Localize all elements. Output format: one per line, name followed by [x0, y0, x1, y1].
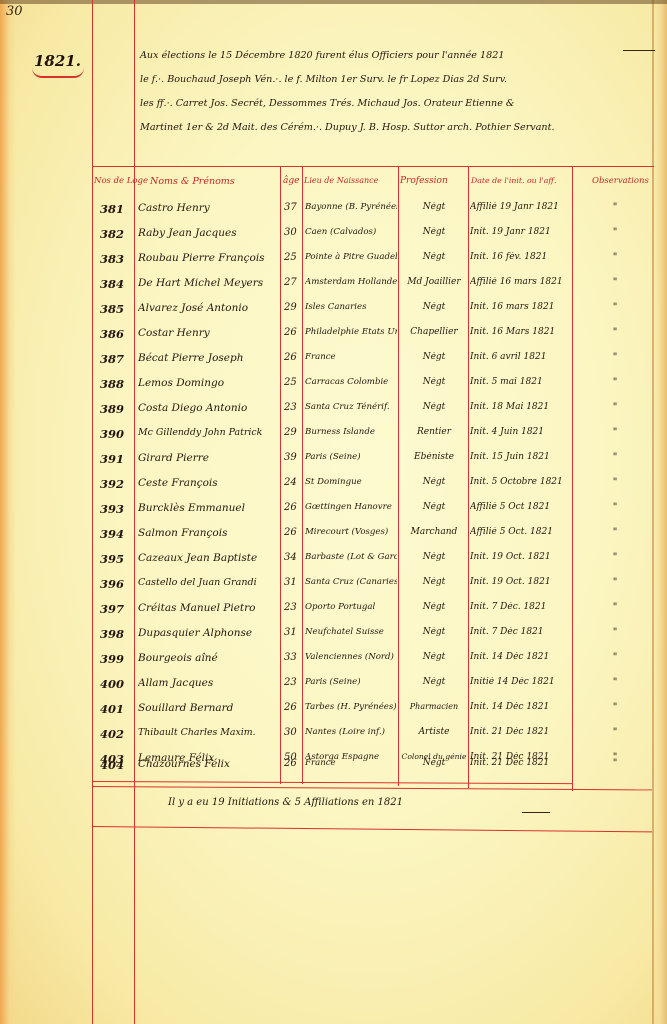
member-age: 27 — [284, 277, 302, 288]
initiation-date: Init. 18 Mai 1821 — [470, 402, 570, 412]
profession: Chapellier — [400, 327, 468, 337]
observation: " — [575, 327, 655, 338]
member-age: 25 — [284, 377, 302, 388]
profession: Artiste — [400, 727, 468, 737]
summary-top-rule — [92, 786, 652, 790]
table-row: 388 Lemos Domingo 25 Carracas Colombie N… — [0, 377, 667, 403]
member-age: 23 — [284, 602, 302, 613]
profession: Négt — [400, 652, 468, 662]
initiation-date: Init. 16 Mars 1821 — [470, 327, 570, 337]
header-date: Date de l'init. ou l'aff. — [471, 176, 556, 185]
table-row: 390 Mc Gillenddy John Patrick 29 Burness… — [0, 427, 667, 453]
table-row: 382 Raby Jean Jacques 30 Caen (Calvados)… — [0, 227, 667, 253]
lodge-number: 392 — [100, 477, 134, 491]
observation: " — [575, 452, 655, 463]
observation: " — [575, 377, 655, 388]
initiation-date: Init. 14 Déc 1821 — [470, 702, 570, 712]
profession: Négt — [400, 252, 468, 262]
lodge-number: 388 — [100, 377, 134, 391]
observation: " — [575, 727, 655, 738]
lodge-number: 386 — [100, 327, 134, 341]
page-top-edge — [0, 0, 667, 4]
member-name: Castello del Juan Grandi — [138, 577, 280, 588]
initiation-date: Init. 19 Oct. 1821 — [470, 577, 570, 587]
observation: " — [575, 677, 655, 688]
observation: " — [575, 402, 655, 413]
member-age: 26 — [284, 702, 302, 713]
profession: Négt — [400, 552, 468, 562]
lodge-number: 385 — [100, 302, 134, 316]
initiation-date: Init. 16 mars 1821 — [470, 302, 570, 312]
election-note: Aux élections le 15 Décembre 1820 furent… — [140, 44, 660, 140]
ledger-page: 30 1821. Aux élections le 15 Décembre 18… — [0, 0, 667, 1024]
birthplace: Santa Cruz (Canaries) — [305, 577, 397, 587]
member-name: Burcklès Emmanuel — [138, 502, 280, 514]
member-age: 26 — [284, 327, 302, 338]
observation: " — [575, 577, 655, 588]
birthplace: Tarbes (H. Pyrénées) — [305, 702, 397, 712]
header-observations: Observations — [592, 176, 649, 186]
table-row: 401 Souillard Bernard 26 Tarbes (H. Pyré… — [0, 702, 667, 728]
birthplace: Neufchatel Suisse — [305, 627, 397, 637]
table-row: 384 De Hart Michel Meyers 27 Amsterdam H… — [0, 277, 667, 303]
table-row: 397 Créitas Manuel Pietro 23 Oporto Port… — [0, 602, 667, 628]
initiation-date: Init. 16 fév. 1821 — [470, 252, 570, 262]
lodge-number: 383 — [100, 252, 134, 266]
page-number: 30 — [6, 4, 23, 19]
member-age: 25 — [284, 252, 302, 263]
birthplace: Amsterdam Hollande — [305, 277, 397, 287]
observation: " — [575, 552, 655, 563]
profession: Négt — [400, 577, 468, 587]
initiation-date: Init. 7 Déc. 1821 — [470, 602, 570, 612]
observation: " — [575, 227, 655, 238]
birthplace: Caen (Calvados) — [305, 227, 397, 237]
table-top-rule — [92, 166, 654, 167]
member-age: 24 — [284, 477, 302, 488]
lodge-number: 384 — [100, 277, 134, 291]
member-age: 26 — [284, 758, 302, 769]
lodge-number: 393 — [100, 502, 134, 516]
birthplace: Oporto Portugal — [305, 602, 397, 612]
lodge-number: 387 — [100, 352, 134, 366]
lodge-number: 389 — [100, 402, 134, 416]
initiation-date: Init. 4 Juin 1821 — [470, 427, 570, 437]
lodge-number: 395 — [100, 552, 134, 566]
table-row: 389 Costa Diego Antonio 23 Santa Cruz Té… — [0, 402, 667, 428]
member-name: Castro Henry — [138, 202, 280, 214]
table-row: 383 Roubau Pierre François 25 Pointe à P… — [0, 252, 667, 278]
member-age: 31 — [284, 627, 302, 638]
profession: Marchand — [400, 527, 468, 537]
birthplace: Mirecourt (Vosges) — [305, 527, 397, 537]
member-name: Costa Diego Antonio — [138, 402, 280, 414]
note-end-dash — [623, 50, 655, 51]
member-age: 30 — [284, 727, 302, 738]
lodge-number: 399 — [100, 652, 134, 666]
lodge-number: 394 — [100, 527, 134, 541]
profession: Négt — [400, 758, 468, 768]
initiation-date: Init. 21 Déc 1821 — [470, 758, 570, 768]
observation: " — [575, 352, 655, 363]
profession: Négt — [400, 377, 468, 387]
profession: Négt — [400, 302, 468, 312]
observation: " — [575, 627, 655, 638]
lodge-number: 401 — [100, 702, 134, 716]
initiation-date: Init. 5 mai 1821 — [470, 377, 570, 387]
table-row: 400 Allam Jacques 23 Paris (Seine) Négt … — [0, 677, 667, 703]
member-name: Ceste François — [138, 477, 280, 489]
summary-bottom-rule — [92, 826, 652, 832]
birthplace: Carracas Colombie — [305, 377, 397, 387]
member-name: Dupasquier Alphonse — [138, 627, 280, 639]
initiation-date: Init. 5 Octobre 1821 — [470, 477, 570, 487]
table-row: 392 Ceste François 24 St Domingue Négt I… — [0, 477, 667, 503]
member-age: 33 — [284, 652, 302, 663]
member-name: Créitas Manuel Pietro — [138, 602, 280, 614]
observation: " — [575, 477, 655, 488]
table-row: 395 Cazeaux Jean Baptiste 34 Barbaste (L… — [0, 552, 667, 578]
initiation-date: Init. 6 avril 1821 — [470, 352, 570, 362]
member-age: 31 — [284, 577, 302, 588]
member-name: Alvarez José Antonio — [138, 302, 280, 314]
birthplace: Santa Cruz Ténérif. — [305, 402, 397, 412]
initiation-date: Init. 19 Oct. 1821 — [470, 552, 570, 562]
profession: Négt — [400, 202, 468, 212]
member-age: 29 — [284, 427, 302, 438]
member-age: 23 — [284, 677, 302, 688]
lodge-number: 381 — [100, 202, 134, 216]
member-name: Girard Pierre — [138, 452, 280, 464]
table-row: 391 Girard Pierre 39 Paris (Seine) Ebéni… — [0, 452, 667, 478]
lodge-number: 400 — [100, 677, 134, 691]
header-name: Noms & Prénoms — [150, 176, 235, 187]
table-row: 394 Salmon François 26 Mirecourt (Vosges… — [0, 527, 667, 553]
observation: " — [575, 702, 655, 713]
profession: Pharmacien — [400, 702, 468, 711]
member-age: 39 — [284, 452, 302, 463]
member-name: Chazournes Félix — [138, 758, 280, 770]
member-name: Roubau Pierre François — [138, 252, 280, 264]
initiation-date: Init. 14 Déc 1821 — [470, 652, 570, 662]
member-name: De Hart Michel Meyers — [138, 277, 280, 289]
birthplace: Bayonne (B. Pyrénées) — [305, 202, 397, 212]
member-age: 34 — [284, 552, 302, 563]
member-age: 26 — [284, 527, 302, 538]
member-name: Lemos Domingo — [138, 377, 280, 389]
election-note-line: Aux élections le 15 Décembre 1820 furent… — [140, 44, 660, 68]
initiation-date: Initié 14 Déc 1821 — [470, 677, 570, 687]
header-profession: Profession — [400, 176, 448, 186]
header-birthplace: Lieu de Naissance — [304, 176, 378, 185]
member-name: Salmon François — [138, 527, 280, 539]
summary-end-dash — [522, 812, 550, 813]
member-age: 29 — [284, 302, 302, 313]
profession: Négt — [400, 227, 468, 237]
observation: " — [575, 652, 655, 663]
member-name: Raby Jean Jacques — [138, 227, 280, 239]
lodge-number: 382 — [100, 227, 134, 241]
birthplace: St Domingue — [305, 477, 397, 487]
election-note-line: le f.·. Bouchaud Joseph Vén.·. le f. Mil… — [140, 68, 660, 92]
table-row: 381 Castro Henry 37 Bayonne (B. Pyrénées… — [0, 202, 667, 228]
profession: Négt — [400, 677, 468, 687]
member-age: 26 — [284, 352, 302, 363]
initiation-date: Init. 19 Janr 1821 — [470, 227, 570, 237]
member-name: Allam Jacques — [138, 677, 280, 689]
table-row: 386 Costar Henry 26 Philadelphie Etats U… — [0, 327, 667, 353]
birthplace: Philadelphie Etats Unis — [305, 327, 397, 337]
member-age: 30 — [284, 227, 302, 238]
summary-note: Il y a eu 19 Initiations & 5 Affiliation… — [168, 797, 403, 808]
observation: " — [575, 252, 655, 263]
birthplace: France — [305, 352, 397, 362]
table-row: 396 Castello del Juan Grandi 31 Santa Cr… — [0, 577, 667, 603]
birthplace: Valenciennes (Nord) — [305, 652, 397, 662]
initiation-date: Init. 15 Juin 1821 — [470, 452, 570, 462]
observation: " — [575, 277, 655, 288]
birthplace: Nantes (Loire inf.) — [305, 727, 397, 737]
member-name: Souillard Bernard — [138, 702, 280, 714]
profession: Ebéniste — [400, 452, 468, 462]
lodge-number: 398 — [100, 627, 134, 641]
lodge-number: 391 — [100, 452, 134, 466]
profession: Négt — [400, 627, 468, 637]
table-row: 404 Chazournes Félix 26 France Négt Init… — [0, 772, 667, 786]
birthplace: Isles Canaries — [305, 302, 397, 312]
lodge-number: 397 — [100, 602, 134, 616]
initiation-date: Affilié 5 Oct. 1821 — [470, 527, 570, 537]
member-name: Costar Henry — [138, 327, 280, 339]
member-name: Thibault Charles Maxim. — [138, 727, 280, 738]
member-name: Bécat Pierre Joseph — [138, 352, 280, 364]
birthplace: France — [305, 758, 397, 768]
year-underline-brace — [32, 68, 84, 78]
observation: " — [575, 758, 655, 769]
observation: " — [575, 202, 655, 213]
profession: Md Joaillier — [400, 277, 468, 287]
table-row: 393 Burcklès Emmanuel 26 Gœttingen Hanov… — [0, 502, 667, 528]
member-age: 23 — [284, 402, 302, 413]
lodge-number: 390 — [100, 427, 134, 441]
observation: " — [575, 427, 655, 438]
table-row: 402 Thibault Charles Maxim. 30 Nantes (L… — [0, 727, 667, 753]
birthplace: Paris (Seine) — [305, 452, 397, 462]
profession: Négt — [400, 402, 468, 412]
birthplace: Paris (Seine) — [305, 677, 397, 687]
election-note-line: les ff.·. Carret Jos. Secrét, Dessommes … — [140, 92, 660, 116]
table-row: 385 Alvarez José Antonio 29 Isles Canari… — [0, 302, 667, 328]
initiation-date: Affilié 19 Janr 1821 — [470, 202, 570, 212]
table-row: 387 Bécat Pierre Joseph 26 France Négt I… — [0, 352, 667, 378]
birthplace: Pointe à Pitre Guadeloupe — [305, 252, 397, 262]
lodge-number: 402 — [100, 727, 134, 741]
profession: Négt — [400, 477, 468, 487]
member-name: Bourgeois aîné — [138, 652, 280, 664]
member-age: 37 — [284, 202, 302, 213]
initiation-date: Affilié 16 mars 1821 — [470, 277, 570, 287]
profession: Négt — [400, 352, 468, 362]
observation: " — [575, 502, 655, 513]
lodge-number: 404 — [100, 758, 134, 772]
profession: Négt — [400, 502, 468, 512]
lodge-number: 396 — [100, 577, 134, 591]
member-name: Mc Gillenddy John Patrick — [138, 427, 280, 438]
birthplace: Barbaste (Lot & Garonne) — [305, 552, 397, 562]
member-name: Cazeaux Jean Baptiste — [138, 552, 280, 564]
table-row: 398 Dupasquier Alphonse 31 Neufchatel Su… — [0, 627, 667, 653]
birthplace: Burness Islande — [305, 427, 397, 437]
member-age: 26 — [284, 502, 302, 513]
profession: Négt — [400, 602, 468, 612]
birthplace: Gœttingen Hanovre — [305, 502, 397, 512]
table-row: 399 Bourgeois aîné 33 Valenciennes (Nord… — [0, 652, 667, 678]
initiation-date: Affilié 5 Oct 1821 — [470, 502, 570, 512]
observation: " — [575, 602, 655, 613]
profession: Rentier — [400, 427, 468, 437]
initiation-date: Init. 21 Déc 1821 — [470, 727, 570, 737]
header-age: âge — [283, 176, 299, 186]
header-number: Nos de Loge — [94, 176, 148, 186]
observation: " — [575, 527, 655, 538]
observation: " — [575, 302, 655, 313]
initiation-date: Init. 7 Déc 1821 — [470, 627, 570, 637]
election-note-line: Martinet 1er & 2d Mait. des Cérém.·. Dup… — [140, 116, 660, 140]
